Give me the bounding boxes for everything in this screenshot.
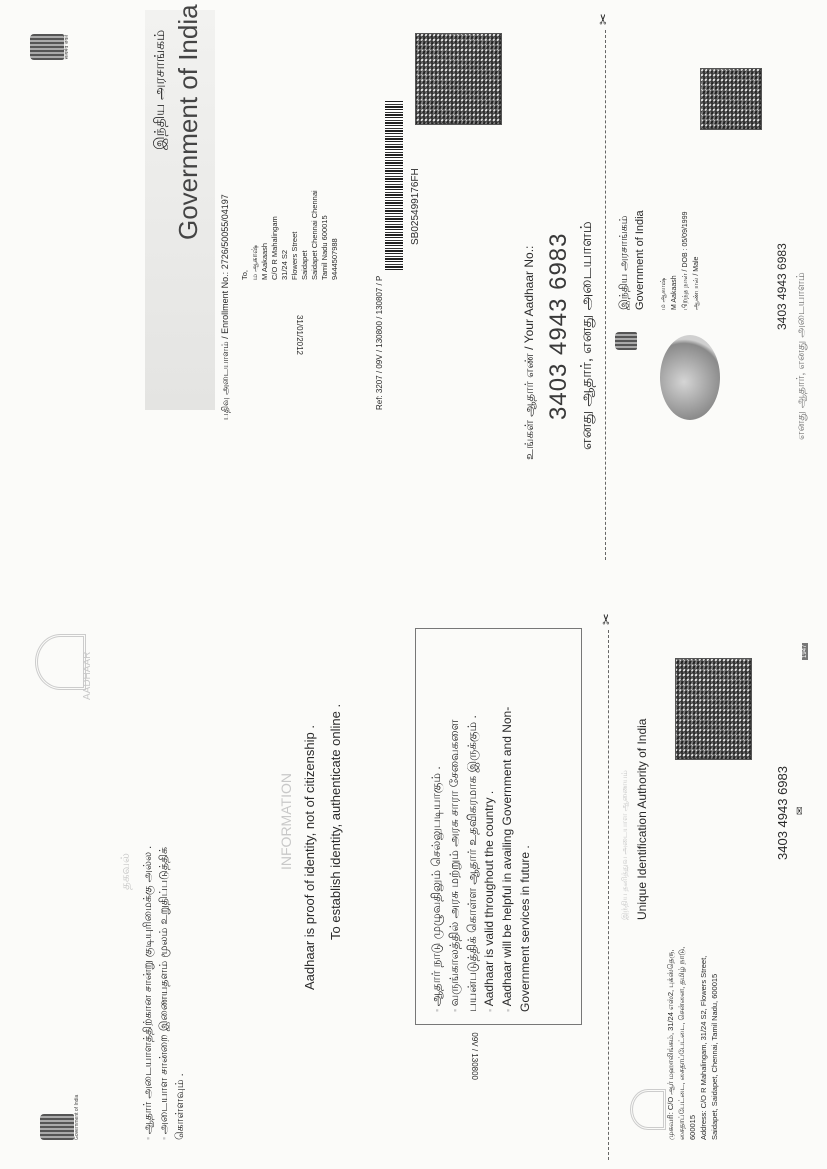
letter-panel: सत्यमेव जयते இந்திய அரசாங்கம் Government…	[10, 0, 810, 560]
aadhaar-logo-icon	[35, 634, 86, 690]
en-point-1: Aadhaar is proof of identity, not of cit…	[302, 725, 317, 990]
header-band: இந்திய அரசாங்கம் Government of India	[145, 10, 215, 410]
address-line: Saidapet Chennai Chennai	[310, 190, 320, 280]
enrollment-number: 2726/50055/04197	[220, 194, 230, 269]
authority-tamil: இந்திய தனித்துவ அடையாள ஆணையம்	[620, 770, 630, 920]
enrollment-label: பதிவு அடையாளம் / Enrollment No.:	[220, 272, 230, 420]
tamil-point: அடையாள சான்றை இணையதளம் மூலம் உறுதிப்படுத…	[156, 800, 188, 1140]
title-en: Government of India	[173, 4, 204, 240]
address-block: To, ம ஆகாஷ்M AakaashC/O R Mahalingam31/2…	[240, 190, 340, 280]
scissors-icon: ✂	[598, 613, 615, 625]
name-tamil: ம ஆகாஷ்	[658, 212, 669, 310]
qr-code	[415, 33, 502, 125]
aadhaar-small-logo-icon	[630, 1089, 666, 1130]
card-slogan: எனது ஆதார், எனது அடையாளம்	[795, 272, 809, 440]
emblem-icon: सत्यमेव जयते	[30, 34, 70, 60]
info-panel: Government of India AADHAAR தகவல் ஆதார் …	[10, 600, 810, 1160]
cut-line-2	[608, 630, 609, 1160]
card-details: ம ஆகாஷ் M Aakaash பிறந்த நாள் / DOB : 05…	[658, 212, 702, 310]
info-heading-tamil: தகவல்	[118, 853, 134, 890]
your-aadhaar-label: உங்கள் ஆதார் எண் / Your Aadhaar No.:	[522, 246, 538, 460]
reference: Ref: 3207 / 09V / 130800 / 130807 / P	[375, 276, 384, 410]
side-code: 09V / 130800	[470, 1032, 479, 1080]
address-line: M Aakaash	[260, 190, 270, 280]
footer-small: 1947	[802, 643, 808, 660]
address-en: Address: C/O R Mahalingam, 31/24 S2, Flo…	[698, 930, 720, 1140]
address-tamil: முகவரி: C/O ஆர் மஹாலிங்கம், 31/24 எஸ்2, …	[665, 930, 698, 1140]
box-point: Aadhaar will be helpful in availing Gove…	[499, 642, 534, 1012]
address-line: Saidapet	[300, 190, 310, 280]
card-title-en: Government of India	[634, 210, 646, 310]
box-point: வருங்காலத்தில் அரசு மற்றும் அரசு சாரா சே…	[446, 642, 481, 1012]
title-tamil: இந்திய அரசாங்கம்	[151, 30, 170, 150]
photo	[660, 335, 720, 420]
box-point: Aadhaar is valid throughout the country …	[481, 642, 499, 1012]
card-qr-code	[700, 68, 762, 130]
aadhaar-number: 3403 4943 6983	[545, 232, 573, 420]
aadhaar-logo-text: AADHAAR	[82, 652, 93, 700]
info-box: ஆதார் நாடு முழுவதிலும் செல்லுபடியாகும் .…	[415, 628, 582, 1025]
card-back-address: முகவரி: C/O ஆர் மஹாலிங்கம், 31/24 எஸ்2, …	[665, 930, 720, 1140]
address-line: Flowers Street	[290, 190, 300, 280]
info-heading-en: INFORMATION	[278, 773, 294, 870]
address-line: 31/24 S2	[280, 190, 290, 280]
card-title-tamil: இந்திய அரசாங்கம்	[618, 215, 632, 310]
tamil-points: ஆதார் அடையாளத்திற்கான சான்று குடியுரிமைக…	[140, 800, 188, 1140]
envelope-icon: ✉	[795, 807, 806, 815]
info-emblem-icon: Government of India	[40, 1095, 80, 1140]
letter-date: 31/01/2012	[295, 315, 304, 355]
address-line: ம ஆகாஷ்	[250, 190, 260, 280]
address-line: C/O R Mahalingam	[270, 190, 280, 280]
gender: ஆண்பால் / Male	[691, 212, 702, 310]
box-point: ஆதார் நாடு முழுவதிலும் செல்லுபடியாகும் .	[428, 642, 446, 1012]
name-en: M Aakaash	[669, 212, 680, 310]
authority-en: Unique Identification Authority of India	[635, 719, 649, 920]
barcode-text: SB025499176FH	[410, 168, 421, 245]
dob: பிறந்த நாள் / DOB : 05/09/1999	[680, 212, 691, 310]
slogan: எனது ஆதார், எனது அடையாளம்	[578, 221, 597, 450]
tamil-point: ஆதார் அடையாளத்திற்கான சான்று குடியுரிமைக…	[140, 800, 156, 1140]
enrollment: பதிவு அடையாளம் / Enrollment No.: 2726/50…	[220, 194, 232, 420]
address-line: Tamil Nadu 600015	[320, 190, 330, 280]
cut-line	[605, 30, 606, 560]
card-emblem-icon	[615, 332, 637, 350]
address-line: 9444507988	[330, 190, 340, 280]
card-back-aadhaar-number: 3403 4943 6983	[775, 766, 790, 860]
to-label: To,	[240, 190, 250, 280]
scissors-icon: ✂	[595, 13, 612, 25]
card-back-qr-code	[675, 658, 752, 760]
barcode	[385, 100, 403, 270]
card-aadhaar-number: 3403 4943 6983	[775, 243, 789, 330]
en-point-2: To establish identity, authenticate onli…	[328, 704, 343, 940]
